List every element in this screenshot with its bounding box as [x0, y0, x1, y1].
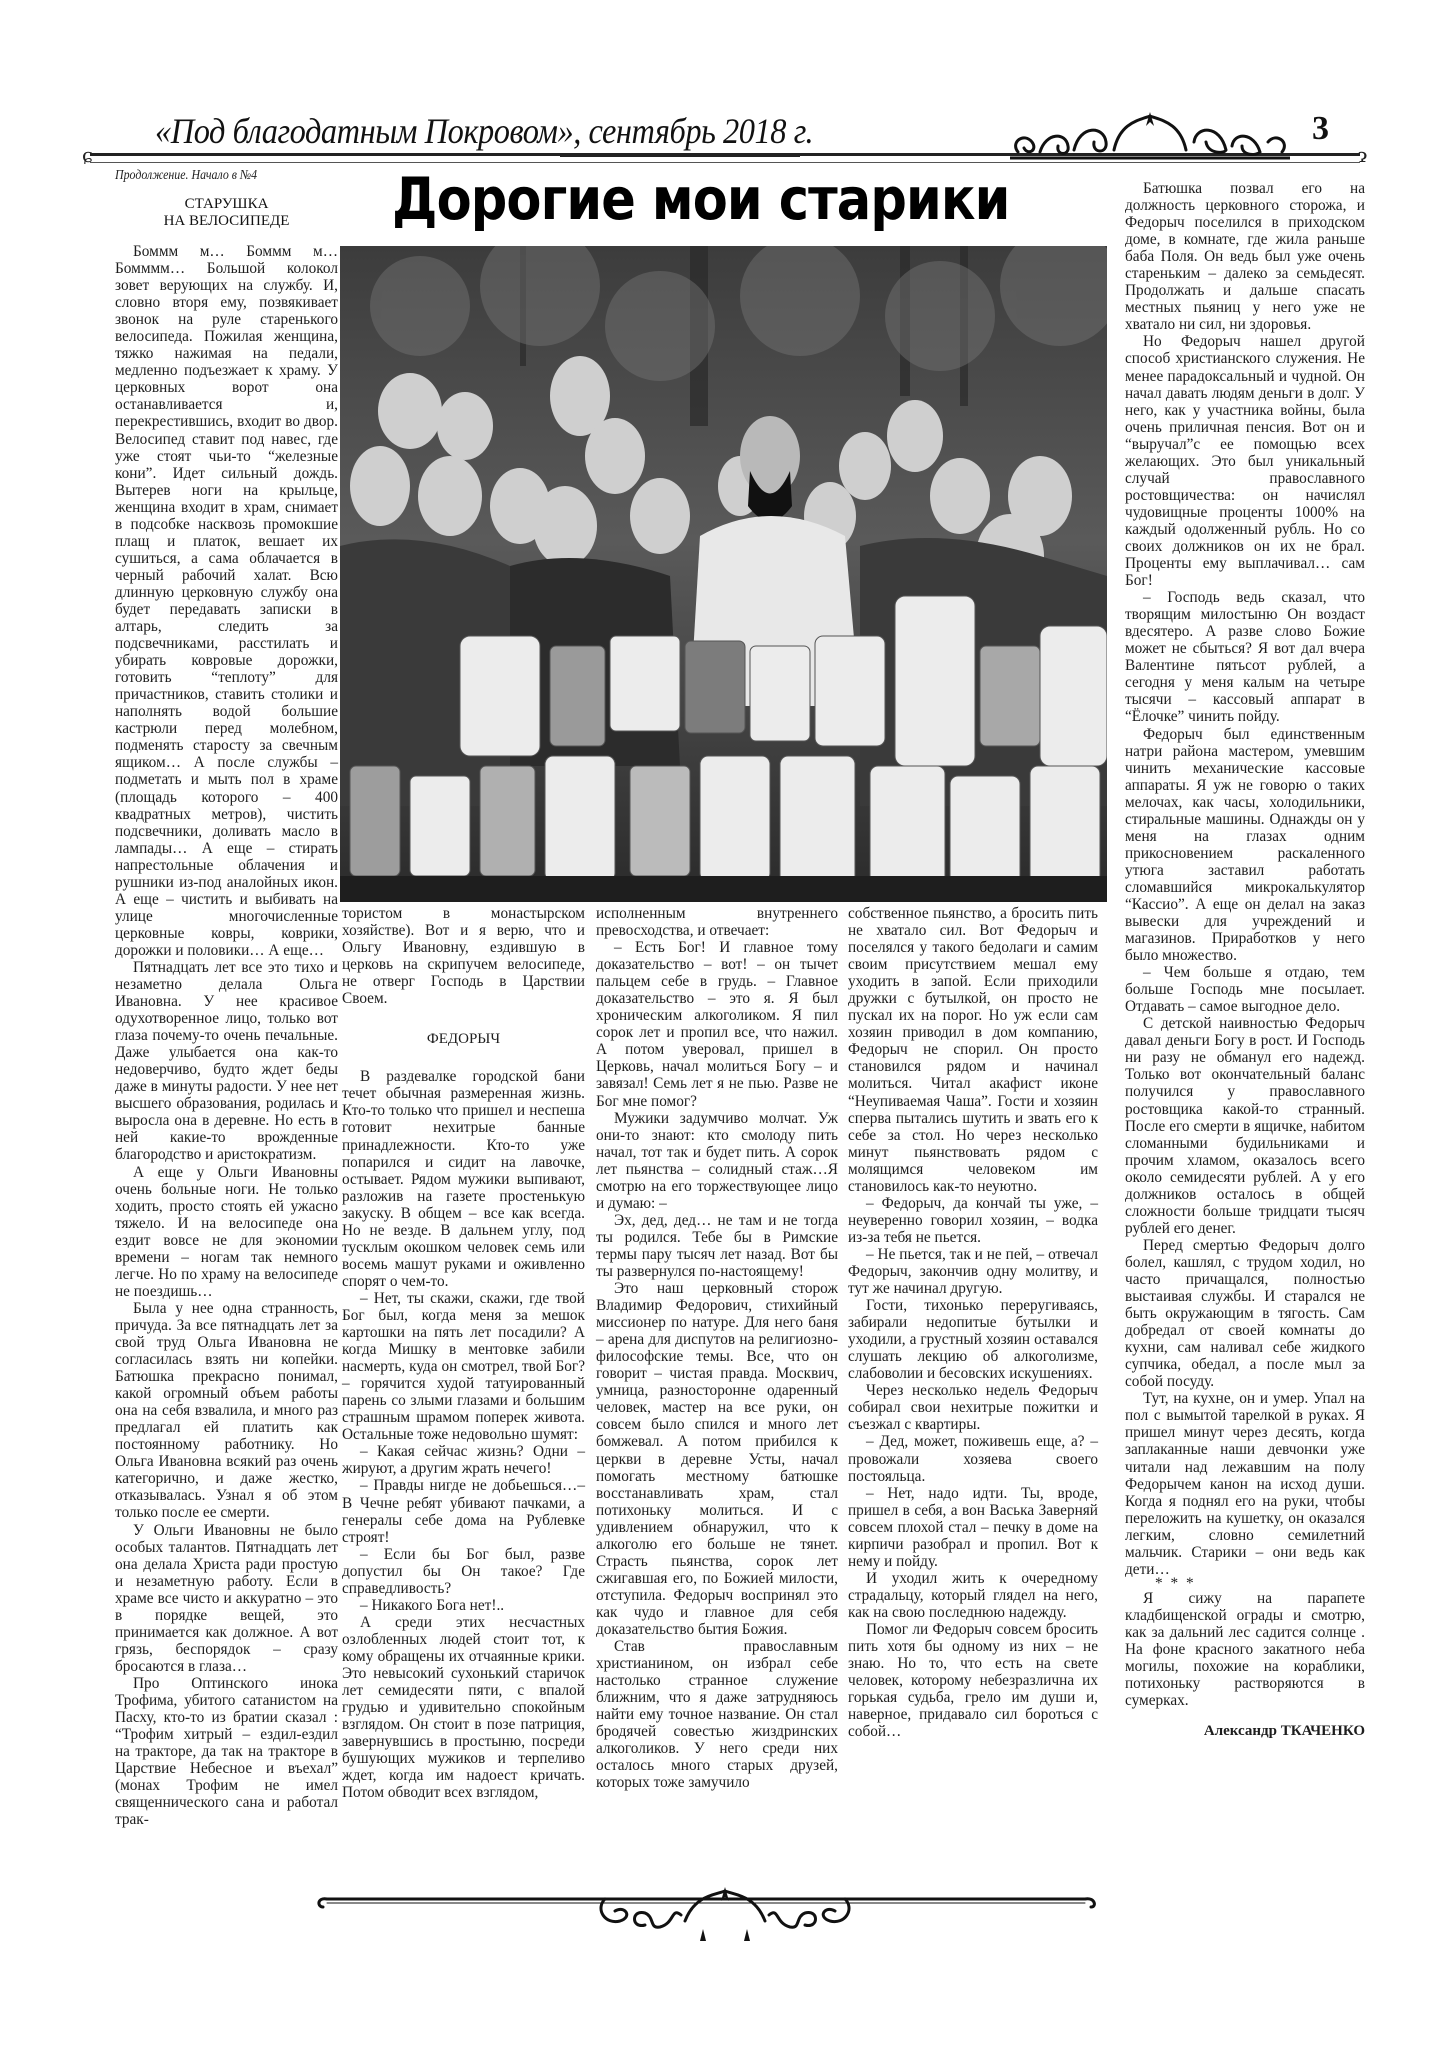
paragraph: – Если бы Бог был, разве допустил бы Он … — [342, 1546, 585, 1597]
paragraph: И уходил жить к очередному страдальцу, к… — [848, 1570, 1098, 1621]
paragraph: Федорыч был единственным натри района ма… — [1125, 726, 1365, 965]
paragraph: тористом в монастырском хозяйстве). Вот … — [342, 905, 585, 1007]
paragraph: Через несколько недель Федорыч собирал с… — [848, 1382, 1098, 1433]
paragraph: Тут, на кухне, он и умер. Упал на пол с … — [1125, 1390, 1365, 1578]
paragraph: Пятнадцать лет все это тихо и незаметно … — [115, 959, 338, 1164]
paragraph: Была у нее одна странность, причуда. За … — [115, 1300, 338, 1522]
paragraph: Став православным христианином, он избра… — [596, 1638, 838, 1791]
section-title-line1: СТАРУШКА — [115, 196, 338, 213]
curl-right-icon: ɂ — [1358, 143, 1367, 167]
section-separator: * * * — [1125, 1578, 1365, 1590]
newspaper-page: «Под благодатным Покровом», сентябрь 201… — [0, 0, 1448, 2048]
article-column-2: тористом в монастырском хозяйстве). Вот … — [342, 905, 585, 1801]
paragraph: – Нет, ты скажи, скажи, где твой Бог был… — [342, 1290, 585, 1443]
section-title-line2: НА ВЕЛОСИПЕДЕ — [115, 213, 338, 230]
paragraph: Перед смертью Федорыч долго болел, кашля… — [1125, 1237, 1365, 1390]
paragraph: собственное пьянство, а бросить пить не … — [848, 905, 1098, 1195]
paragraph: исполненным внутреннего превосходства, и… — [596, 905, 838, 939]
article-headline: Дорогие мои старики — [392, 165, 1010, 233]
photo-icon — [340, 246, 1107, 902]
paragraph: Боммм м… Боммм м… Бомммм… Большой колоко… — [115, 243, 338, 959]
article-column-4: собственное пьянство, а бросить пить не … — [848, 905, 1098, 1740]
author-byline: Александр ТКАЧЕНКО — [1125, 1723, 1365, 1740]
paragraph: Это наш церковный сторож Владимир Федоро… — [596, 1280, 838, 1638]
section-title-old-woman: СТАРУШКА НА ВЕЛОСИПЕДЕ — [115, 196, 338, 230]
page-number: 3 — [1312, 110, 1329, 148]
paragraph: В раздевалке городской бани течет обычна… — [342, 1068, 585, 1290]
section-title-fedorych: ФЕДОРЫЧ — [342, 1031, 585, 1048]
paragraph: Батюшка позвал его на должность церковно… — [1125, 180, 1365, 333]
header-scroll-ornament-icon — [1010, 112, 1290, 162]
paragraph: – Федорыч, да кончай ты уже, –неуверенно… — [848, 1195, 1098, 1246]
paragraph: – Чем больше я отдаю, тем больше Господь… — [1125, 964, 1365, 1015]
paragraph: А еще у Ольги Ивановны очень больные ног… — [115, 1164, 338, 1300]
paragraph: – Господь ведь сказал, что творящим мило… — [1125, 589, 1365, 725]
article-column-1: Боммм м… Боммм м… Бомммм… Большой колоко… — [115, 243, 338, 1828]
curl-left-icon: ɕ — [82, 143, 93, 167]
paragraph: – Есть Бог! И главное тому доказательств… — [596, 939, 838, 1109]
footer-scroll-ornament-icon — [315, 1885, 1115, 1945]
paragraph: Я сижу на парапете кладбищенской ограды … — [1125, 1590, 1365, 1709]
paragraph: С детской наивностью Федорыч давал деньг… — [1125, 1015, 1365, 1237]
paragraph: – Дед, может, поживешь еще, а? – провожа… — [848, 1433, 1098, 1484]
paragraph: – Правды нигде не добьешься…– В Чечне ре… — [342, 1477, 585, 1545]
paragraph: Про Оптинского инока Трофима, убитого са… — [115, 1675, 338, 1828]
paragraph: Но Федорыч нашел другой способ христианс… — [1125, 333, 1365, 589]
article-column-3: исполненным внутреннего превосходства, и… — [596, 905, 838, 1791]
article-photo — [340, 246, 1107, 902]
newspaper-header-title: «Под благодатным Покровом», сентябрь 201… — [155, 110, 813, 152]
continued-note: Продолжение. Начало в №4 — [115, 168, 257, 184]
paragraph: – Какая сейчас жизнь? Одни – жируют, а д… — [342, 1443, 585, 1477]
header-rule-accent — [560, 153, 800, 157]
paragraph: Эх, дед, дед… не там и не тогда ты родил… — [596, 1212, 838, 1280]
paragraph: Гости, тихонько переругиваясь, забирали … — [848, 1297, 1098, 1382]
paragraph: – Нет, надо идти. Ты, вроде, пришел в се… — [848, 1485, 1098, 1570]
paragraph: – Не пьется, так и не пей, – отвечал Фед… — [848, 1246, 1098, 1297]
article-column-5: Батюшка позвал его на должность церковно… — [1125, 180, 1365, 1740]
paragraph: А среди этих несчастных озлобленных люде… — [342, 1614, 585, 1802]
paragraph: У Ольги Ивановны не было особых талантов… — [115, 1522, 338, 1675]
paragraph: Мужики задумчиво молчат. Уж они-то знают… — [596, 1110, 838, 1212]
paragraph: – Никакого Бога нет!.. — [342, 1597, 585, 1614]
paragraph: Помог ли Федорыч совсем бросить пить хот… — [848, 1621, 1098, 1740]
